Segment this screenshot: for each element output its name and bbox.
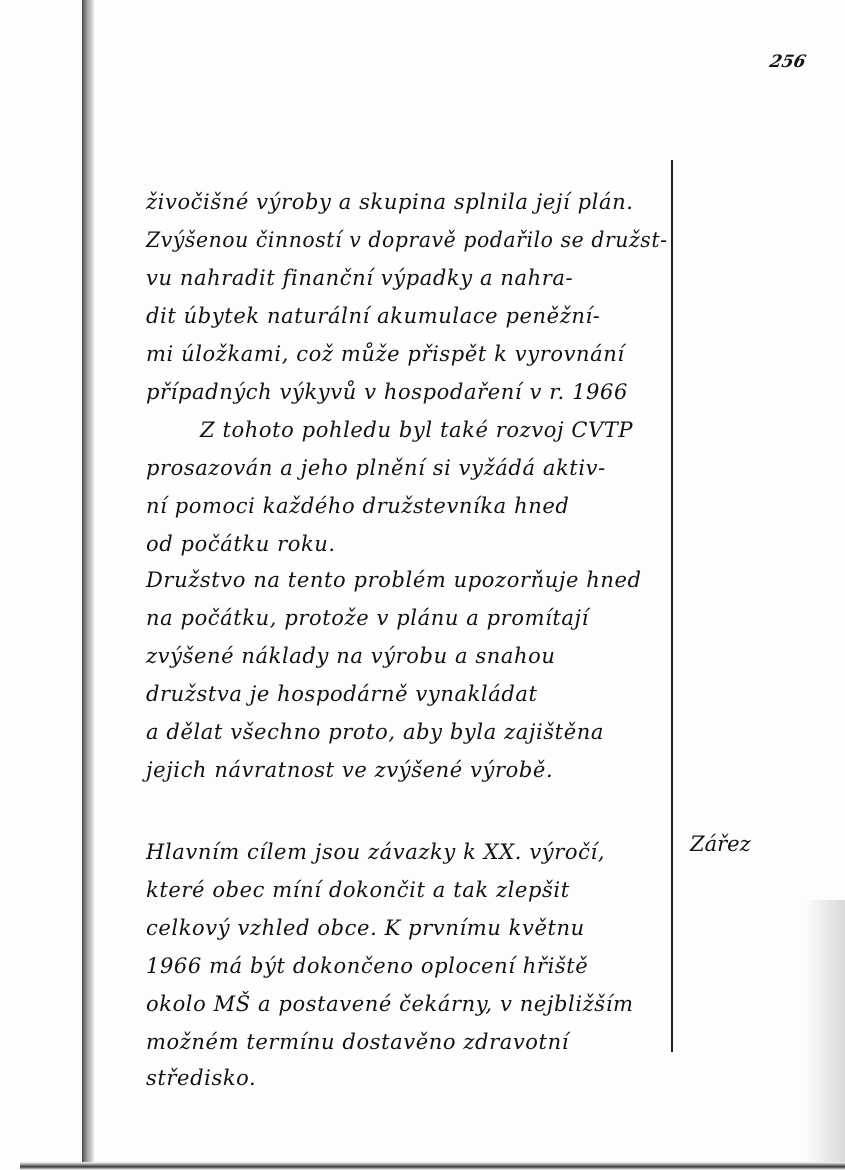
page-number: 256 <box>768 52 808 72</box>
text-line: ní pomoci každého družstevníka hned <box>146 494 569 518</box>
scan-edge-shadow <box>805 900 845 1162</box>
text-line: a dělat všechno proto, aby byla zajištěn… <box>146 720 604 744</box>
text-line: středisko. <box>146 1066 256 1090</box>
text-line: které obec míní dokončit a tak zlepšit <box>146 878 570 902</box>
text-line: jejich návratnost ve zvýšené výrobě. <box>146 758 553 782</box>
text-line: družstva je hospodárně vynakládat <box>146 682 538 706</box>
text-line: případných výkyvů v hospodaření v r. 196… <box>146 380 628 404</box>
text-line: 1966 má být dokončeno oplocení hřiště <box>146 954 588 978</box>
text-line: Z tohoto pohledu byl také rozvoj CVTP <box>200 418 633 442</box>
text-line: živočišné výroby a skupina splnila její … <box>146 190 633 214</box>
text-line: na počátku, protože v plánu a promítají <box>146 606 589 630</box>
margin-rule-line <box>671 160 673 1052</box>
text-line: mi úložkami, což může přispět k vyrovnán… <box>146 342 625 366</box>
binding-shadow <box>82 0 94 1162</box>
text-line: okolo MŠ a postavené čekárny, v nejbližš… <box>146 992 634 1016</box>
scanned-page: 256 živočišné výroby a skupina splnila j… <box>0 0 845 1170</box>
text-line: zvýšené náklady na výrobu a snahou <box>146 644 556 668</box>
page-bottom-edge <box>20 1162 845 1170</box>
text-line: od počátku roku. <box>146 532 336 556</box>
text-line: možném termínu dostavěno zdravotní <box>146 1030 569 1054</box>
text-line: Zvýšenou činností v dopravě podařilo se … <box>146 228 668 252</box>
text-line: Družstvo na tento problém upozorňuje hne… <box>146 568 642 592</box>
text-line: Hlavním cílem jsou závazky k XX. výročí, <box>146 840 605 864</box>
text-line: prosazován a jeho plnění si vyžádá aktiv… <box>146 456 606 480</box>
text-line: vu nahradit finanční výpadky a nahra- <box>146 266 573 290</box>
text-line: celkový vzhled obce. K prvnímu květnu <box>146 916 585 940</box>
margin-note: Zářez <box>690 832 751 856</box>
text-line: dit úbytek naturální akumulace peněžní- <box>146 304 601 328</box>
